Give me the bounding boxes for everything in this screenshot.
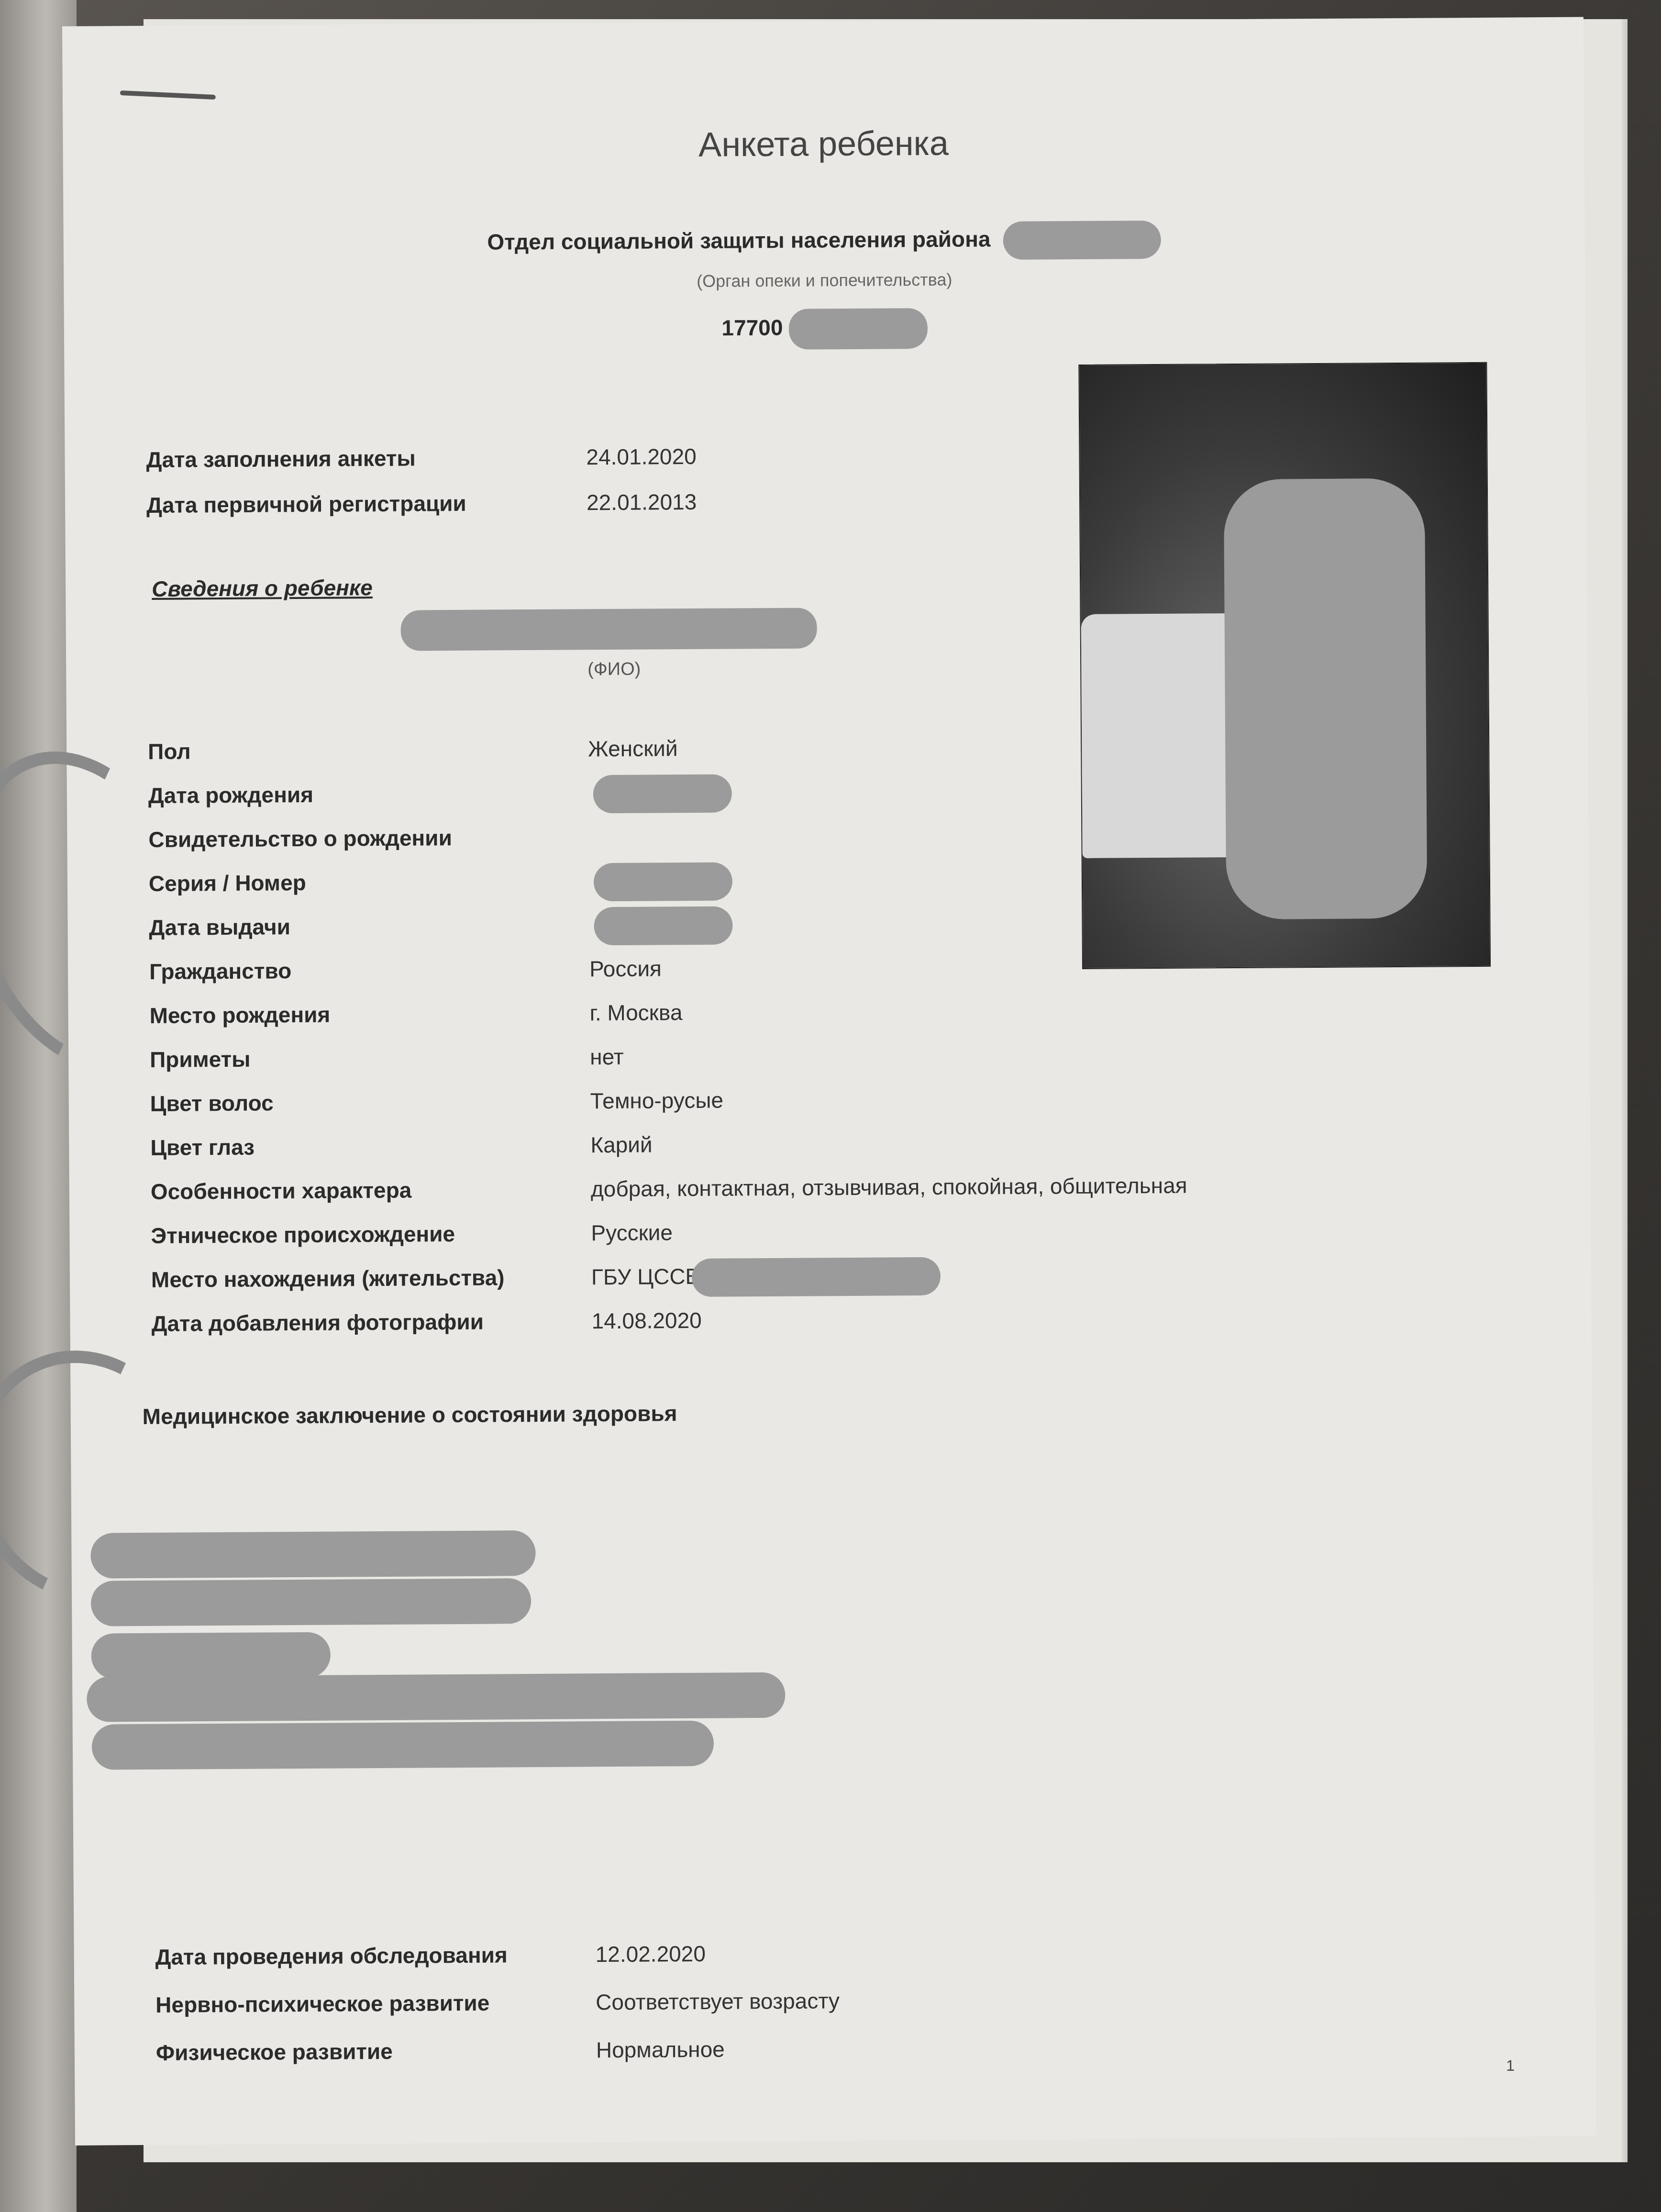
field-row: Приметынет xyxy=(68,1039,1360,1080)
redacted-medical-line xyxy=(91,1578,532,1626)
questionnaire-page: Анкета ребенка Отдел социальной защиты н… xyxy=(62,17,1596,2146)
field-label: Дата заполнения анкеты xyxy=(146,445,416,473)
field-label: Пол xyxy=(148,738,191,764)
redacted-district xyxy=(1003,221,1161,260)
organization-caption: (Орган опеки и попечительства) xyxy=(64,266,1585,295)
medical-heading: Медицинское заключение о состоянии здоро… xyxy=(143,1400,677,1429)
field-label: Нервно-психическое развитие xyxy=(155,1990,489,2018)
registry-code: 17700 xyxy=(64,304,1585,354)
field-value: г. Москва xyxy=(589,999,682,1026)
field-label: Место нахождения (жительства) xyxy=(151,1264,505,1293)
field-value: 22.01.2013 xyxy=(587,489,697,515)
field-value: Темно-русые xyxy=(590,1087,724,1114)
redacted-value xyxy=(593,774,732,813)
child-photo-redacted xyxy=(1078,362,1491,969)
redacted-full-name xyxy=(400,608,817,651)
field-value: Россия xyxy=(589,955,662,982)
fio-caption: (ФИО) xyxy=(587,659,641,680)
field-row: Место рожденияг. Москва xyxy=(68,995,1360,1036)
redacted-code xyxy=(789,308,928,350)
field-value: Нормальное xyxy=(596,2036,725,2063)
field-label: Дата первичной регистрации xyxy=(146,490,466,518)
page-number: 1 xyxy=(1506,2057,1515,2075)
redacted-value xyxy=(692,1257,941,1297)
field-value: Женский xyxy=(588,735,678,762)
registry-code-prefix: 17700 xyxy=(721,315,783,340)
field-value: добрая, контактная, отзывчивая, спокойна… xyxy=(591,1172,1187,1202)
staple-mark xyxy=(120,90,216,100)
field-value: нет xyxy=(590,1044,624,1070)
redacted-medical-line xyxy=(87,1672,786,1722)
photo-redaction xyxy=(1224,478,1428,920)
field-row: Особенности характерадобрая, контактная,… xyxy=(69,1171,1361,1212)
field-label: Дата добавления фотографии xyxy=(151,1309,484,1337)
field-label: Дата рождения xyxy=(148,782,313,808)
field-label: Особенности характера xyxy=(151,1177,412,1205)
redacted-medical-line xyxy=(91,1632,331,1679)
field-row: Дата проведения обследования12.02.2020 xyxy=(74,1936,1365,1978)
field-row: Цвет глазКарий xyxy=(69,1127,1361,1168)
field-row: Цвет волосТемно-русые xyxy=(69,1083,1361,1124)
field-label: Цвет волос xyxy=(150,1090,274,1117)
redacted-medical-line xyxy=(92,1721,714,1770)
organization-line: Отдел социальной защиты населения района xyxy=(64,218,1585,265)
field-row: Место нахождения (жительства)ГБУ ЦССВ xyxy=(70,1259,1362,1300)
organization-name: Отдел социальной защиты населения района xyxy=(487,226,990,254)
field-row: Этническое происхождениеРусские xyxy=(69,1215,1361,1256)
field-value: Соответствует возрасту xyxy=(596,1988,840,2015)
field-row: Дата добавления фотографии14.08.2020 xyxy=(70,1303,1362,1344)
field-value: Русские xyxy=(591,1219,673,1246)
field-value: Карий xyxy=(590,1132,653,1158)
child-section-heading: Сведения о ребенке xyxy=(152,575,373,602)
field-label: Свидетельство о рождении xyxy=(148,825,452,852)
field-value: 24.01.2020 xyxy=(586,443,697,470)
redacted-value xyxy=(594,862,732,901)
field-label: Дата проведения обследования xyxy=(155,1942,507,1969)
field-label: Этническое происхождение xyxy=(151,1221,455,1249)
field-row: Нервно-психическое развитиеСоответствует… xyxy=(74,1984,1366,2025)
redacted-value xyxy=(594,906,732,945)
field-value: ГБУ ЦССВ xyxy=(591,1263,700,1290)
field-row: Физическое развитиеНормальное xyxy=(75,2032,1366,2073)
field-label: Цвет глаз xyxy=(150,1134,255,1161)
field-label: Физическое развитие xyxy=(156,2038,393,2066)
field-value: 12.02.2020 xyxy=(595,1941,706,1967)
document-title: Анкета ребенка xyxy=(63,120,1584,168)
field-value: 14.08.2020 xyxy=(591,1307,702,1334)
